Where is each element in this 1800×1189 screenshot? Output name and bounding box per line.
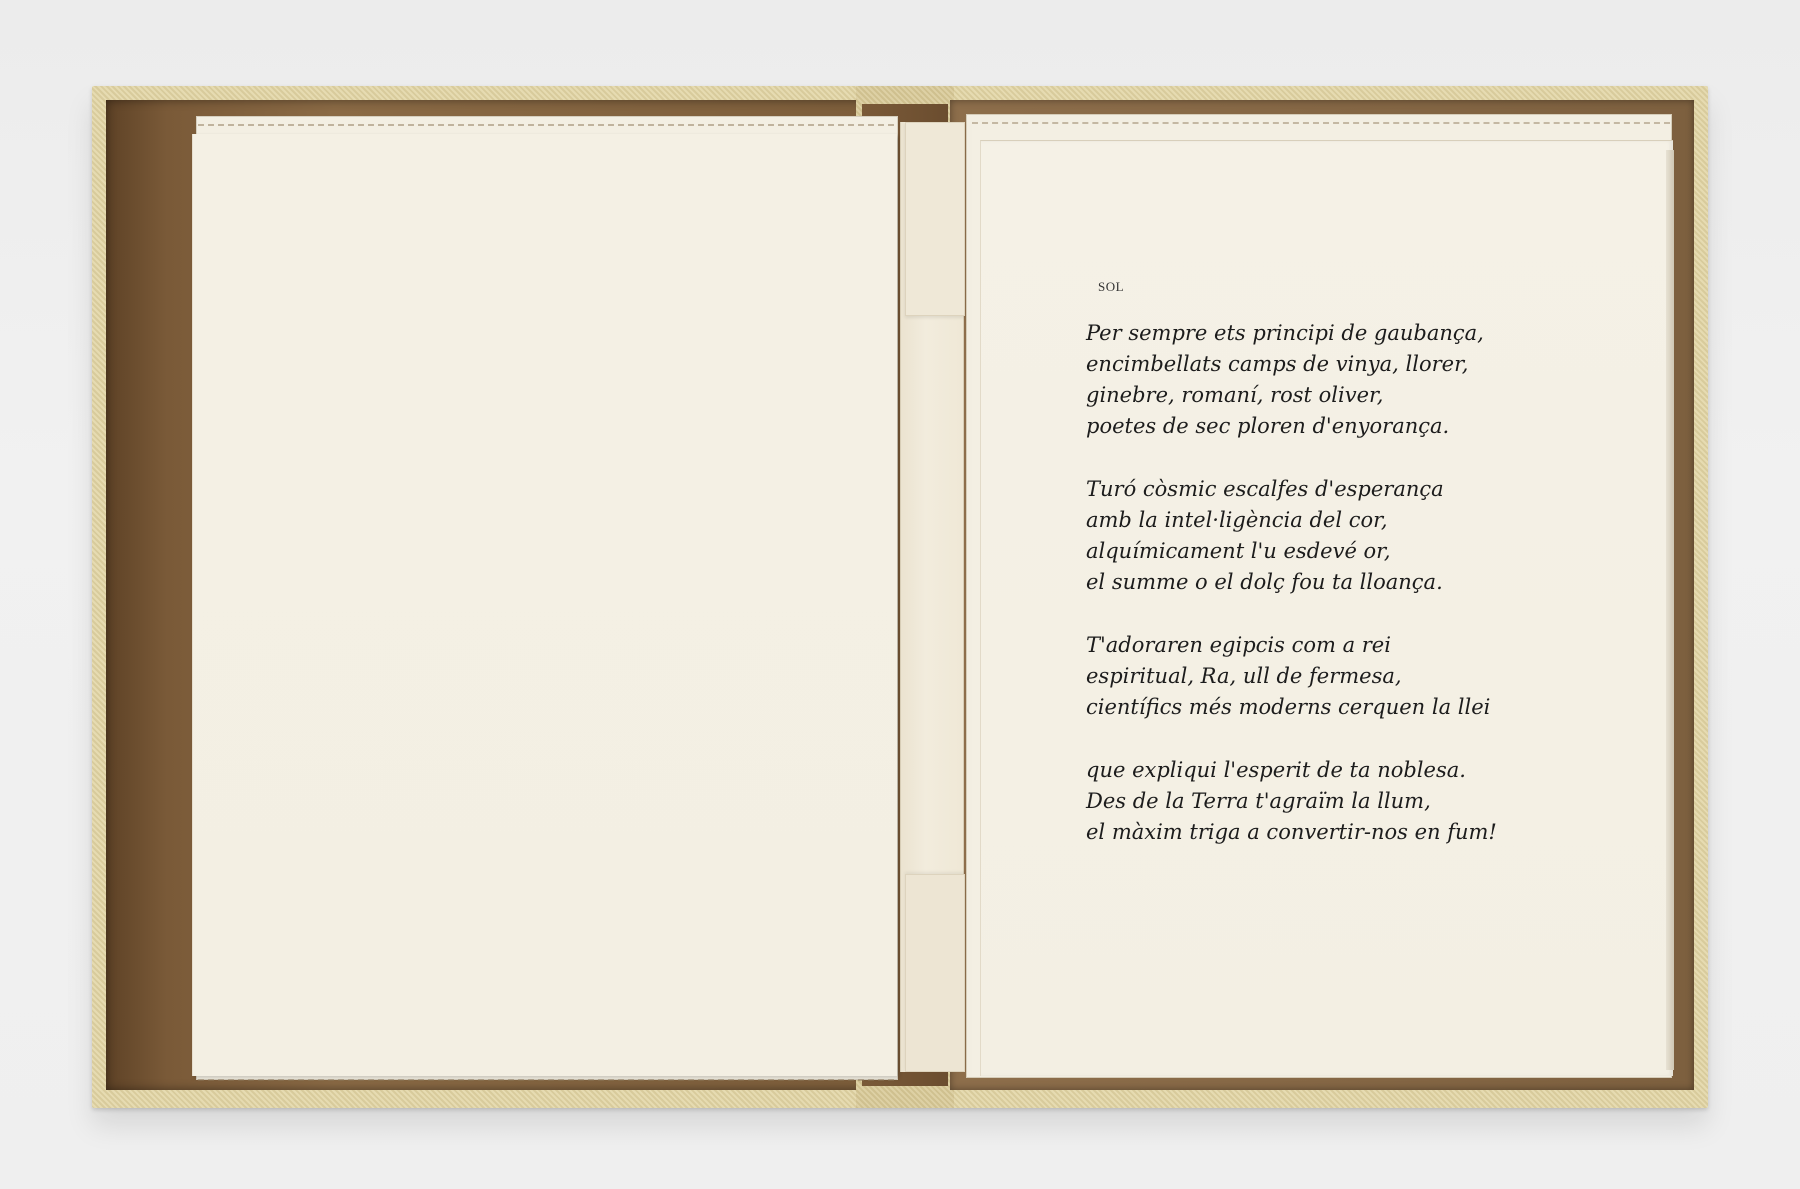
poem-line: ginebre, romaní, rost oliver,: [1086, 380, 1646, 411]
poem-line: espiritual, Ra, ull de fermesa,: [1086, 661, 1646, 692]
poem-title: SOL: [1098, 279, 1124, 295]
stanza-1: Per sempre ets principi de gaubança, enc…: [1086, 318, 1646, 442]
stanza-4: que expliqui l'esperit de ta noblesa. De…: [1086, 755, 1646, 848]
flap-tab-top: [905, 122, 965, 316]
flap-tab-bottom: [905, 874, 965, 1072]
poem-line: amb la intel·ligència del cor,: [1086, 505, 1646, 536]
left-stack-deckle-edge: [198, 124, 894, 132]
poem-line: que expliqui l'esperit de ta noblesa.: [1086, 755, 1646, 786]
poem-line: el summe o el dolç fou ta lloança.: [1086, 567, 1646, 598]
poem-line: Des de la Terra t'agraïm la llum,: [1086, 786, 1646, 817]
poem-body: Per sempre ets principi de gaubança, enc…: [1086, 318, 1646, 880]
poem-line: Turó còsmic escalfes d'esperança: [1086, 474, 1646, 505]
poem-line: científics més moderns cerquen la llei: [1086, 692, 1646, 723]
stanza-3: T'adoraren egipcis com a rei espiritual,…: [1086, 630, 1646, 723]
right-page-deckle-edge: [1666, 150, 1674, 1070]
poem-line: poetes de sec ploren d'enyorança.: [1086, 411, 1646, 442]
poem-line: alquímicament l'u esdevé or,: [1086, 536, 1646, 567]
poem-line: el màxim triga a convertir-nos en fum!: [1086, 817, 1646, 848]
stanza-2: Turó còsmic escalfes d'esperança amb la …: [1086, 474, 1646, 598]
left-page-deckle-bottom: [198, 1074, 894, 1081]
left-blank-page: [192, 134, 897, 1076]
poem-line: encimbellats camps de vinya, llorer,: [1086, 349, 1646, 380]
poem-line: Per sempre ets principi de gaubança,: [1086, 318, 1646, 349]
poem-line: T'adoraren egipcis com a rei: [1086, 630, 1646, 661]
